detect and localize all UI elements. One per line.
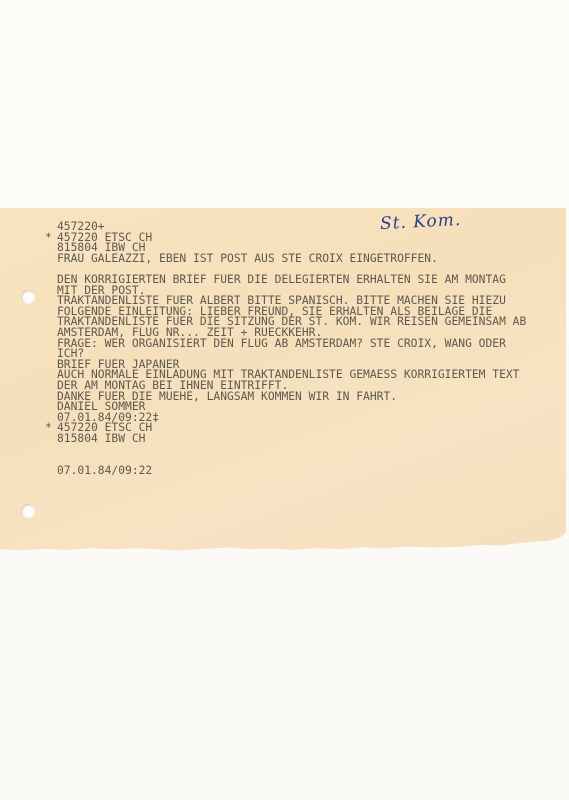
binder-hole-top	[21, 290, 35, 304]
blank-line	[57, 444, 526, 455]
asterisk-marker: *	[45, 423, 52, 434]
telex-line: 815804 IBW CH	[57, 434, 526, 445]
telex-message-body: 457220+*457220 ETSC CH815804 IBW CHFRAU …	[57, 222, 526, 476]
telex-line-text: FRAU GALEAZZI, EBEN IST POST AUS STE CRO…	[57, 252, 438, 265]
telex-line-text: FRAGE: WER ORGANISIERT DEN FLUG AB AMSTE…	[57, 337, 506, 350]
telex-line: FRAU GALEAZZI, EBEN IST POST AUS STE CRO…	[57, 254, 526, 265]
telex-line-text: 815804 IBW CH	[57, 432, 145, 445]
asterisk-marker: *	[45, 233, 52, 244]
binder-hole-bottom	[21, 504, 35, 518]
telex-line: 07.01.84/09:22	[57, 466, 526, 477]
telex-line: FRAGE: WER ORGANISIERT DEN FLUG AB AMSTE…	[57, 339, 526, 350]
telex-line-text: 07.01.84/09:22	[57, 464, 152, 477]
